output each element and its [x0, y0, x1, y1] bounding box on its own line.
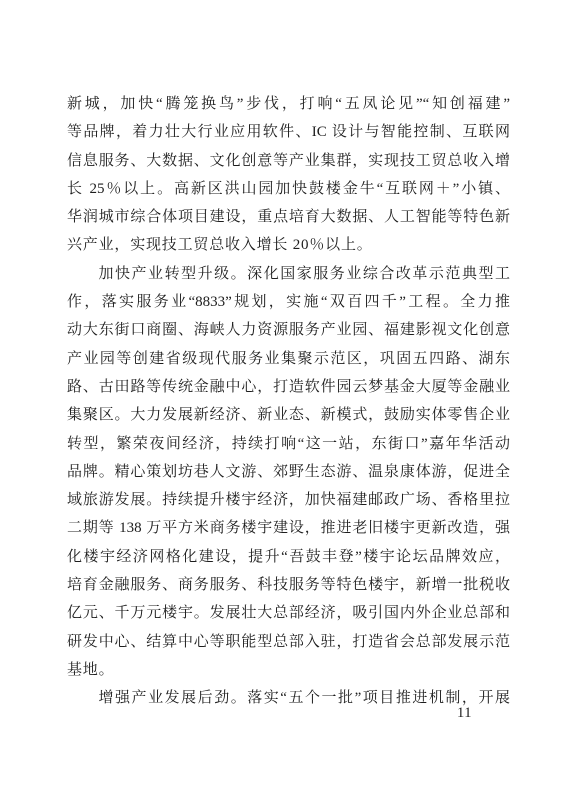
text-line: 研发中心、结算中心等职能型总部入驻，打造省会总部发展示范	[67, 628, 510, 656]
text-line: 路、古田路等传统金融中心，打造软件园云梦基金大厦等金融业	[67, 373, 510, 401]
paragraph: 新城，加快“腾笼换鸟”步伐，打响“五凤论见”“知创福建” 等品牌，着力壮大行业应…	[67, 90, 510, 260]
text-line: 培育金融服务、商务服务、科技服务等特色楼宇，新增一批税收	[67, 571, 510, 599]
page-number: 11	[457, 703, 472, 723]
text-line: 华润城市综合体项目建设，重点培育大数据、人工智能等特色新	[67, 203, 510, 231]
text-line: 动大东街口商圈、海峡人力资源服务产业园、福建影视文化创意	[67, 316, 510, 344]
text-line: 转型，繁荣夜间经济，持续打响“这一站，东街口”嘉年华活动	[67, 430, 510, 458]
text-line: 加快产业转型升级。深化国家服务业综合改革示范典型工	[67, 260, 510, 288]
text-line: 品牌。精心策划坊巷人文游、郊野生态游、温泉康体游，促进全	[67, 458, 510, 486]
text-line: 集聚区。大力发展新经济、新业态、新模式，鼓励实体零售企业	[67, 401, 510, 429]
text-line: 增强产业发展后劲。落实“五个一批”项目推进机制，开展	[67, 684, 510, 712]
text-line: 化楼宇经济网格化建设，提升“吾鼓丰登”楼宇论坛品牌效应，	[67, 543, 510, 571]
text-line: 亿元、千万元楼宇。发展壮大总部经济，吸引国内外企业总部和	[67, 599, 510, 627]
text-line: 二期等 138 万平方米商务楼宇建设，推进老旧楼宇更新改造，强	[67, 514, 510, 542]
text-line: 新城，加快“腾笼换鸟”步伐，打响“五凤论见”“知创福建”	[67, 90, 510, 118]
text-line: 兴产业，实现技工贸总收入增长 20％以上。	[67, 231, 510, 259]
text-line: 等品牌，着力壮大行业应用软件、IC 设计与智能控制、互联网	[67, 118, 510, 146]
text-line: 域旅游发展。持续提升楼宇经济，加快福建邮政广场、香格里拉	[67, 486, 510, 514]
document-page: 新城，加快“腾笼换鸟”步伐，打响“五凤论见”“知创福建” 等品牌，着力壮大行业应…	[0, 0, 565, 800]
paragraph: 增强产业发展后劲。落实“五个一批”项目推进机制，开展	[67, 684, 510, 712]
paragraph: 加快产业转型升级。深化国家服务业综合改革示范典型工 作，落实服务业“8833”规…	[67, 260, 510, 684]
document-body: 新城，加快“腾笼换鸟”步伐，打响“五凤论见”“知创福建” 等品牌，着力壮大行业应…	[67, 90, 510, 713]
text-line: 产业园等创建省级现代服务业集聚示范区，巩固五四路、湖东	[67, 345, 510, 373]
text-line: 信息服务、大数据、文化创意等产业集群，实现技工贸总收入增	[67, 147, 510, 175]
text-line: 基地。	[67, 656, 510, 684]
text-line: 长 25％以上。高新区洪山园加快鼓楼金牛“互联网＋”小镇、	[67, 175, 510, 203]
text-line: 作，落实服务业“8833”规划，实施“双百四千”工程。全力推	[67, 288, 510, 316]
